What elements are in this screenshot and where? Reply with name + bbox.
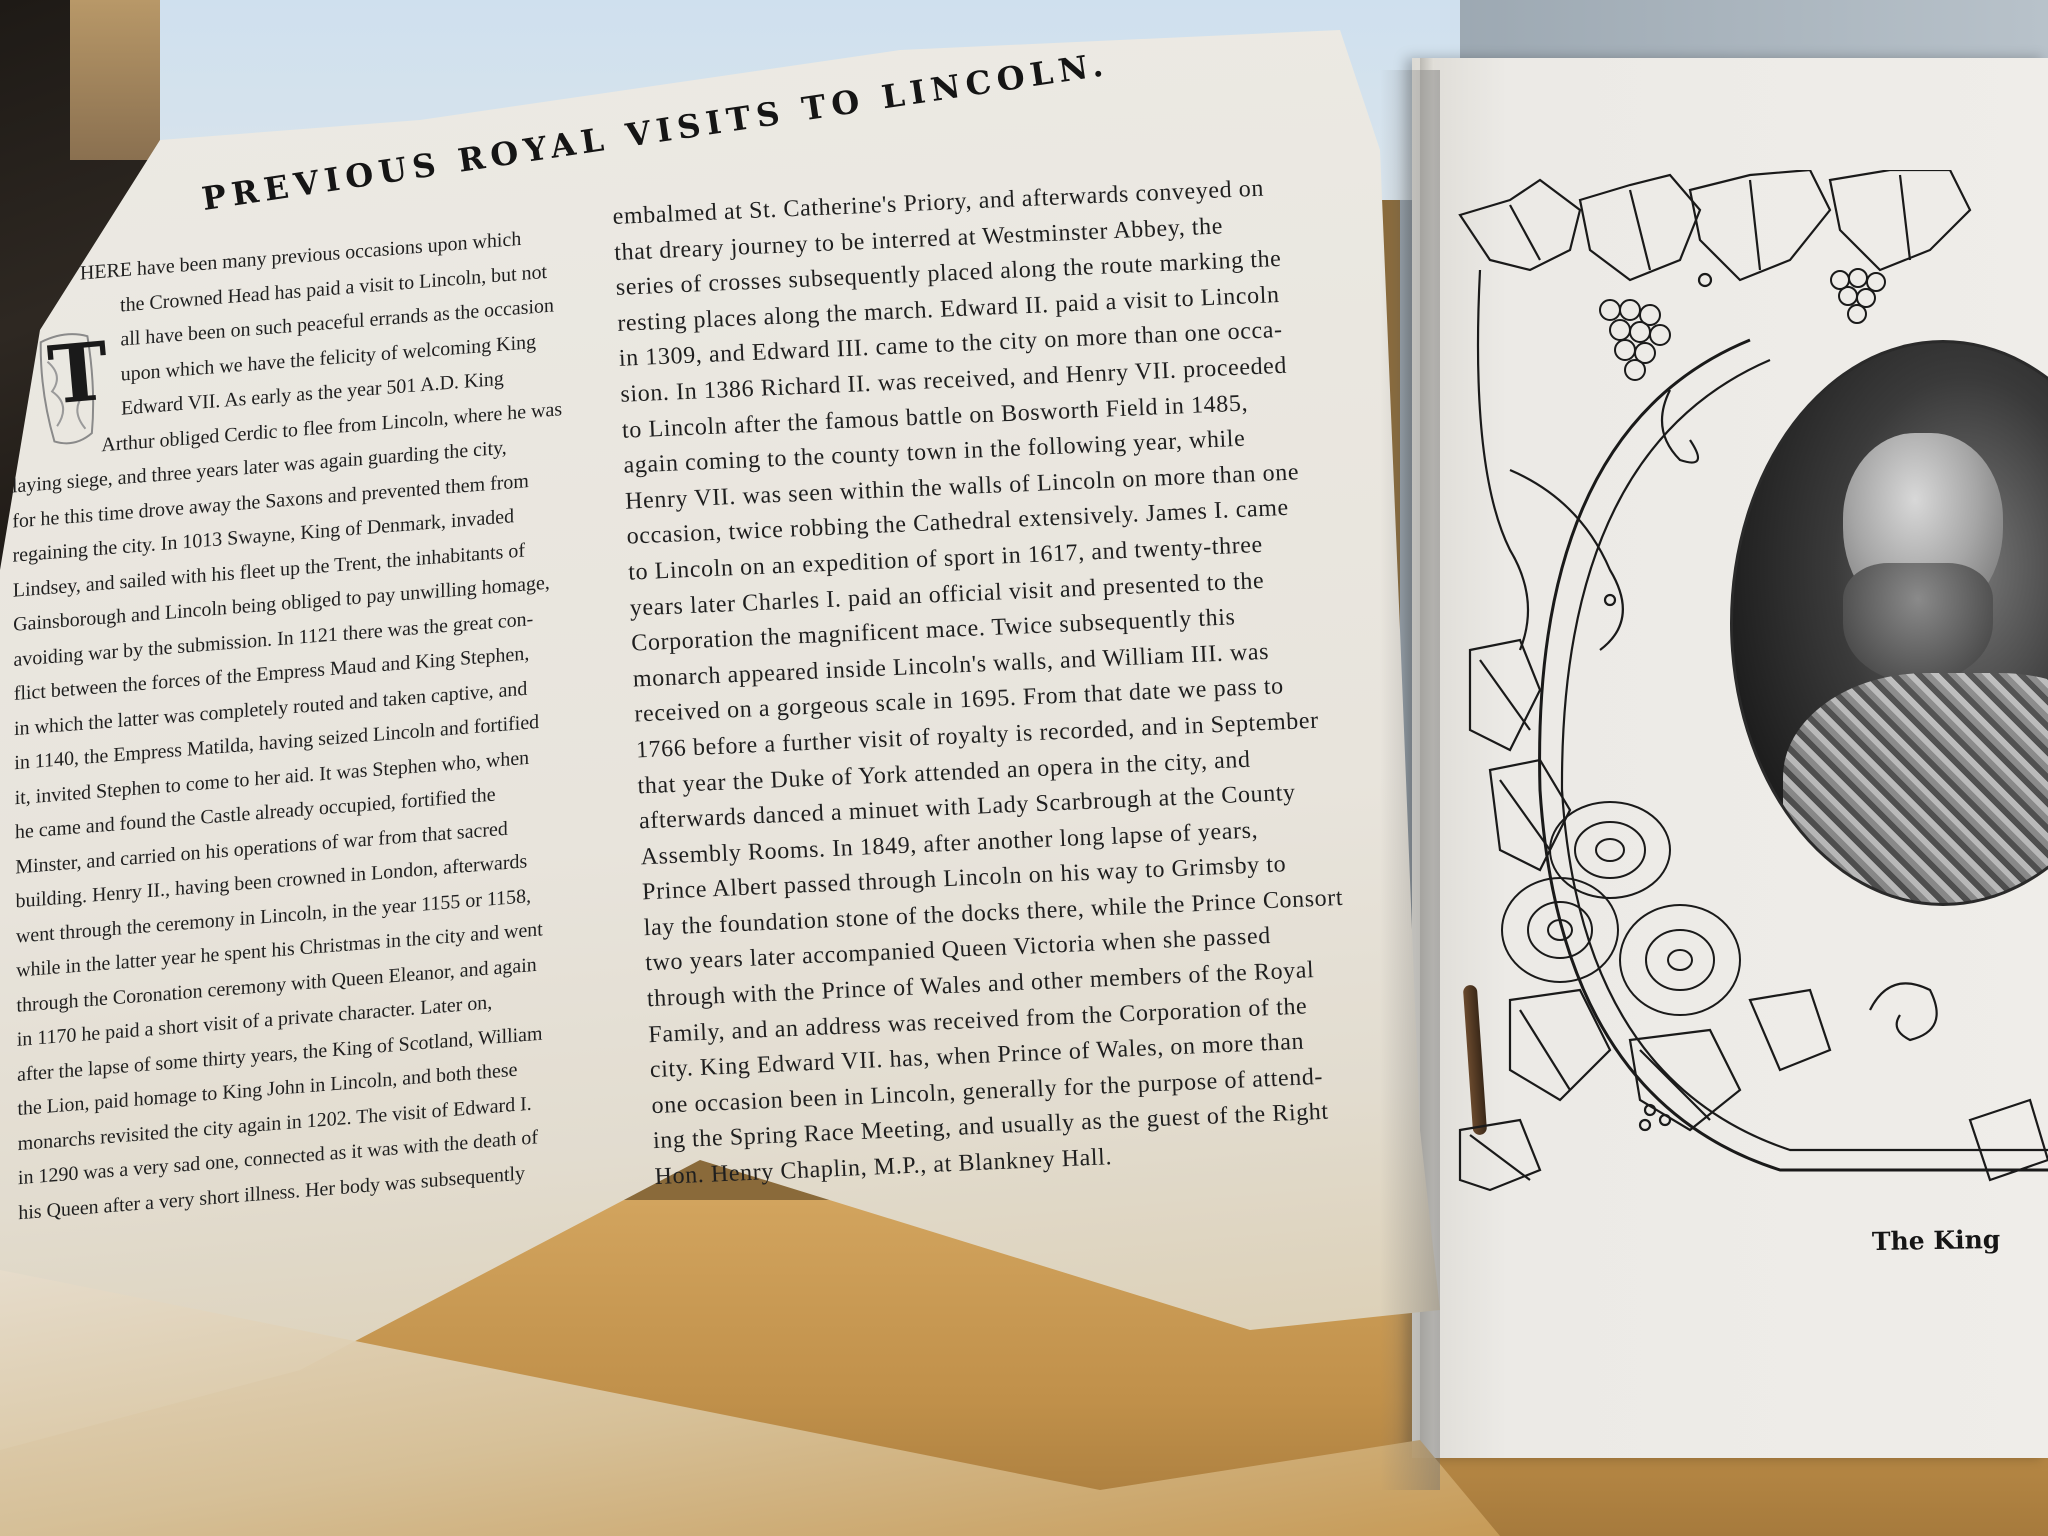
left-text-column: HERE have been many previous occasions u…: [10, 218, 577, 1230]
right-text-column: embalmed at St. Catherine's Priory, and …: [612, 166, 1435, 1196]
portrait-caption: The King: [1872, 1225, 2001, 1256]
ornamental-frame-illustration: [1450, 170, 2048, 1230]
background-tan-object: [70, 0, 170, 160]
